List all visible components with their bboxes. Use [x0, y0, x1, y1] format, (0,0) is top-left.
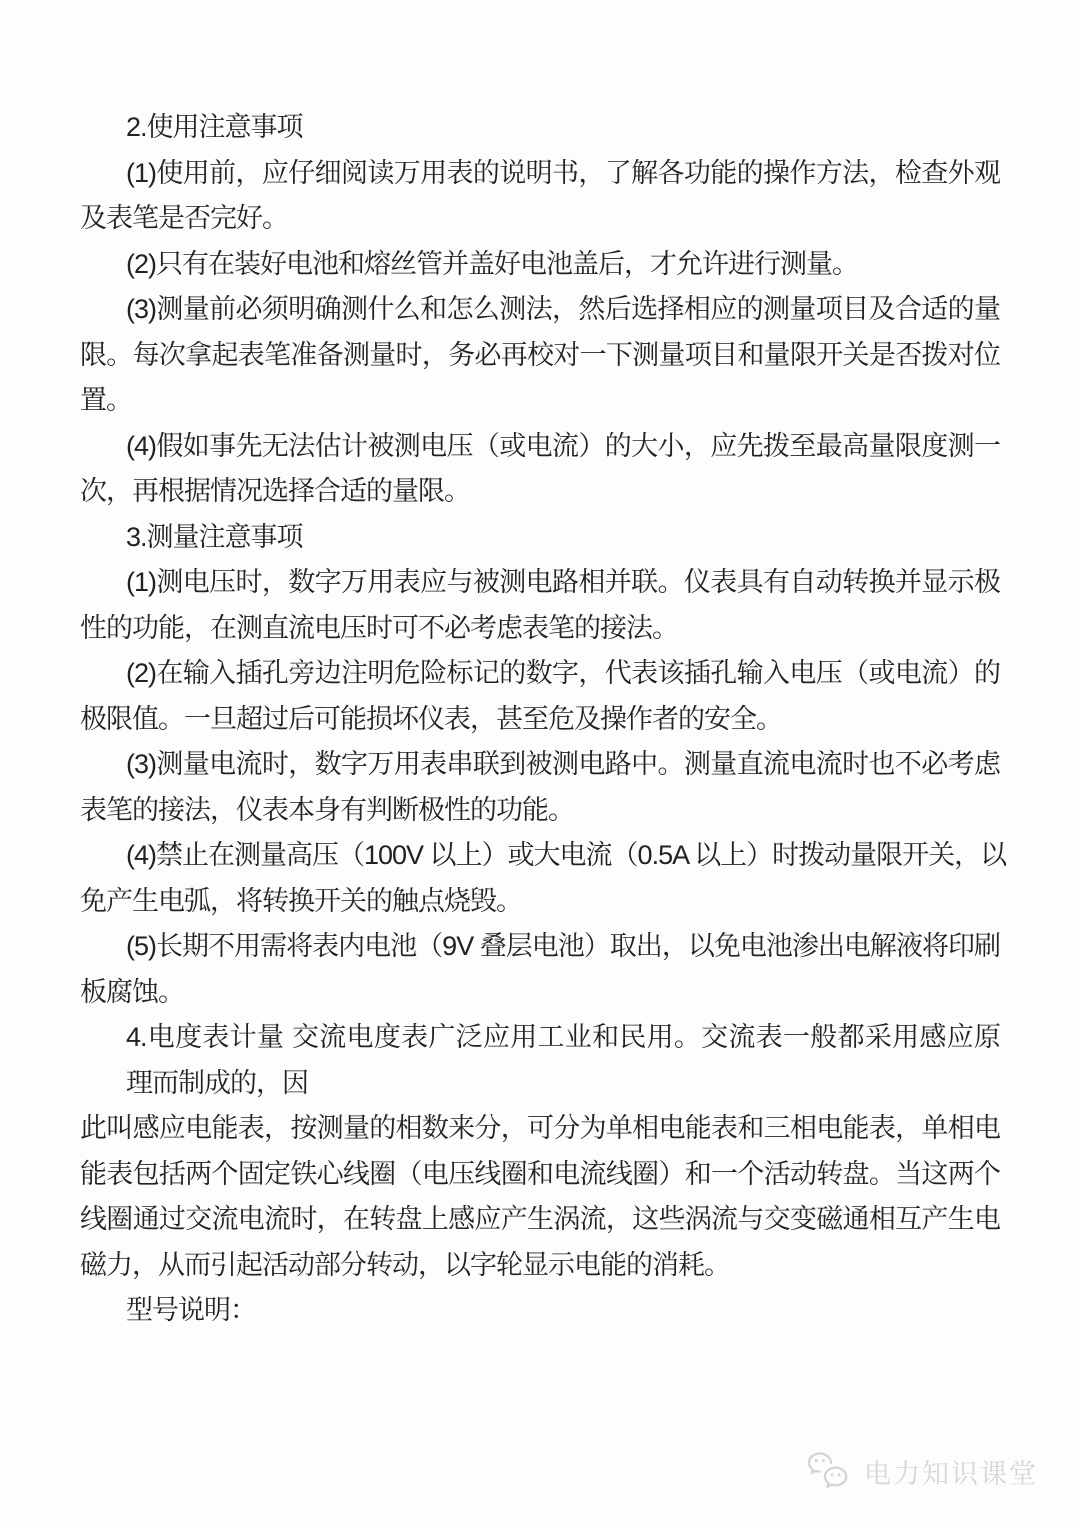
text-line: 限。每次拿起表笔准备测量时，务必再校对一下测量项目和量限开关是否拨对位 [80, 333, 1000, 379]
text-line: 免产生电弧，将转换开关的触点烧毁。 [80, 879, 1000, 925]
text-line: 能表包括两个固定铁心线圈（电压线圈和电流线圈）和一个活动转盘。当这两个 [80, 1152, 1000, 1198]
text-line: (2)在输入插孔旁边注明危险标记的数字，代表该插孔输入电压（或电流）的 [80, 651, 1000, 697]
text-line: 表笔的接法，仪表本身有判断极性的功能。 [80, 788, 1000, 834]
text-line: (3)测量电流时，数字万用表串联到被测电路中。测量直流电流时也不必考虑 [80, 742, 1000, 788]
text-line: (3)测量前必须明确测什么和怎么测法，然后选择相应的测量项目及合适的量 [80, 287, 1000, 333]
text-line: 磁力，从而引起活动部分转动，以字轮显示电能的消耗。 [80, 1243, 1000, 1289]
text-line: 极限值。一旦超过后可能损坏仪表，甚至危及操作者的安全。 [80, 697, 1000, 743]
section-heading: 3.测量注意事项 [80, 515, 1000, 561]
text-line: (4)禁止在测量高压（100V 以上）或大电流（0.5A 以上）时拨动量限开关，… [80, 833, 1000, 879]
text-line: (1)使用前，应仔细阅读万用表的说明书，了解各功能的操作方法，检查外观 [80, 151, 1000, 197]
text-line: 线圈通过交流电流时，在转盘上感应产生涡流，这些涡流与交变磁通相互产生电 [80, 1197, 1000, 1243]
watermark: 电力知识课堂 [806, 1450, 1038, 1492]
text-line: 及表笔是否完好。 [80, 196, 1000, 242]
wechat-icon [806, 1450, 854, 1492]
text-line: 板腐蚀。 [80, 970, 1000, 1016]
text-line: 此叫感应电能表，按测量的相数来分，可分为单相电能表和三相电能表，单相电 [80, 1106, 1000, 1152]
watermark-label: 电力知识课堂 [864, 1452, 1038, 1491]
document-page: 2.使用注意事项 (1)使用前，应仔细阅读万用表的说明书，了解各功能的操作方法，… [80, 105, 1000, 1334]
text-line: (1)测电压时，数字万用表应与被测电路相并联。仪表具有自动转换并显示极 [80, 560, 1000, 606]
text-line: 型号说明： [80, 1288, 1000, 1334]
text-line: 理而制成的，因 [80, 1061, 1000, 1107]
text-line: (2)只有在装好电池和熔丝管并盖好电池盖后，才允许进行测量。 [80, 242, 1000, 288]
section-heading: 4.电度表计量 交流电度表广泛应用工业和民用。交流表一般都采用感应原 [80, 1015, 1000, 1061]
text-line: (4)假如事先无法估计被测电压（或电流）的大小，应先拨至最高量限度测一 [80, 424, 1000, 470]
text-line: (5)长期不用需将表内电池（9V 叠层电池）取出，以免电池渗出电解液将印刷 [80, 924, 1000, 970]
section-heading: 2.使用注意事项 [80, 105, 1000, 151]
text-line: 置。 [80, 378, 1000, 424]
text-line: 次，再根据情况选择合适的量限。 [80, 469, 1000, 515]
text-line: 性的功能，在测直流电压时可不必考虑表笔的接法。 [80, 606, 1000, 652]
